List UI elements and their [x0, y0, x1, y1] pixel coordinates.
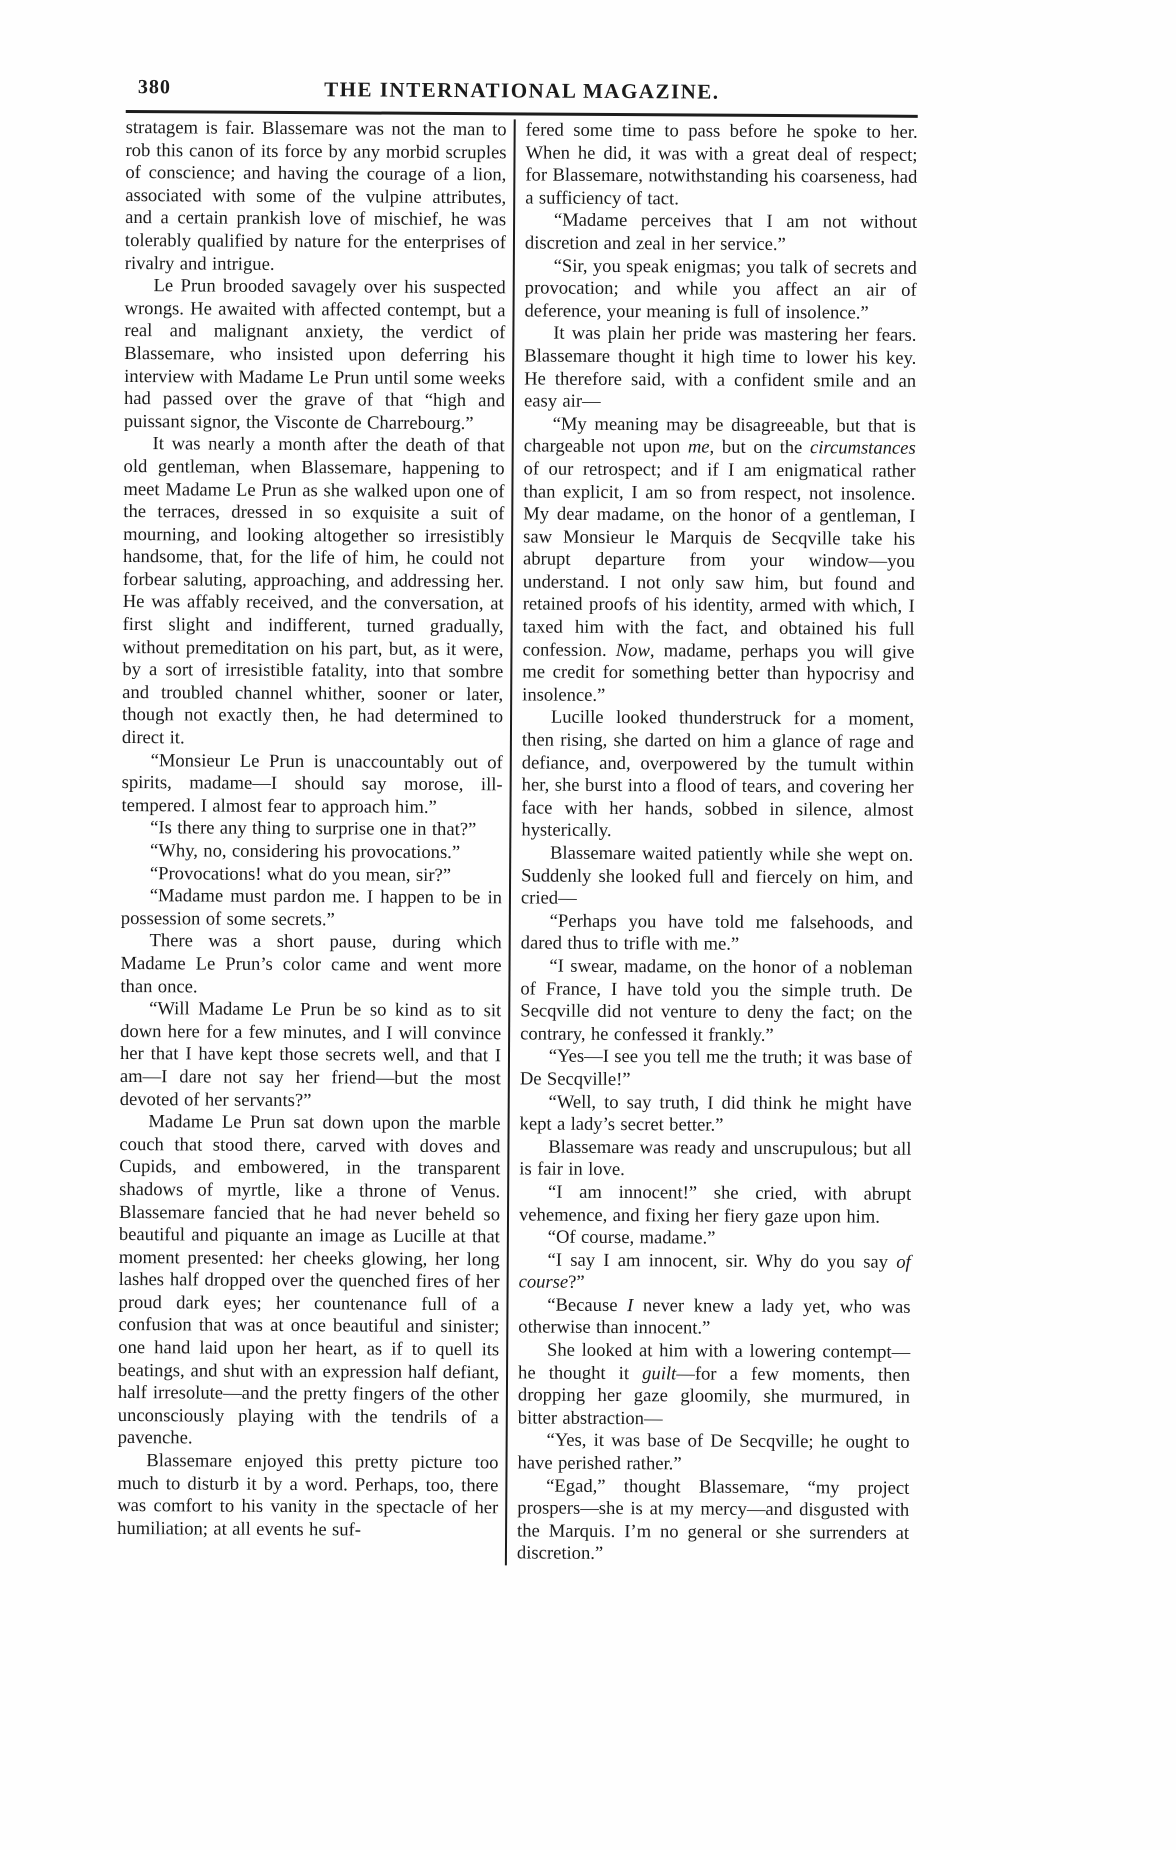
text-segment: “I swear, madame, on the honor of a nobl…: [520, 956, 913, 1046]
paragraph: “I am innocent!” she cried, with abrupt …: [519, 1181, 911, 1229]
italic-text-segment: circumstances: [810, 437, 916, 459]
paragraph: “Why, no, considering his provocations.”: [121, 840, 502, 865]
text-segment: “Yes, it was base of De Secqville; he ou…: [517, 1430, 909, 1474]
paragraph: “Sir, you speak enigmas; you talk of sec…: [524, 255, 916, 325]
paragraph: “I say I am innocent, sir. Why do you sa…: [519, 1249, 911, 1297]
text-segment: There was a short pause, during which Ma…: [120, 931, 501, 997]
paragraph: “Provocations! what do you mean, sir?”: [121, 863, 502, 888]
magazine-page-scan: 380 THE INTERNATIONAL MAGAZINE. stratage…: [0, 0, 1176, 1850]
text-segment: Blassemare was ready and unscrupulous; b…: [519, 1136, 911, 1180]
paragraph: “Perhaps you have told me falsehoods, an…: [521, 910, 913, 958]
paragraph: stratagem is fair. Blassemare was not th…: [125, 117, 507, 277]
paragraph: Blassemare enjoyed this pretty picture t…: [117, 1450, 499, 1543]
text-columns: stratagem is fair. Blassemare was not th…: [117, 117, 918, 1568]
paragraph: Lucille looked thunderstruck for a momen…: [521, 707, 914, 845]
italic-text-segment: Now: [616, 640, 650, 661]
page-header: 380 THE INTERNATIONAL MAGAZINE.: [126, 72, 918, 115]
text-segment: “Will Madame Le Prun be so kind as to si…: [120, 998, 502, 1110]
text-segment: “Well, to say truth, I did think he migh…: [520, 1091, 912, 1136]
text-segment: “Egad,” thought Blassemare, “my project …: [517, 1475, 910, 1564]
paragraph: “My meaning may be disagreeable, but tha…: [522, 413, 916, 709]
paragraph: Blassemare waited patiently while she we…: [521, 842, 913, 912]
paragraph: “Monsieur Le Prun is unaccountably out o…: [121, 750, 502, 820]
text-segment: “Yes—I see you tell me the truth; it was…: [520, 1046, 912, 1090]
text-segment: “Madame must pardon me. I happen to be i…: [121, 885, 502, 930]
text-segment: “Monsieur Le Prun is unaccountably out o…: [121, 750, 502, 818]
paragraph: “Will Madame Le Prun be so kind as to si…: [120, 998, 502, 1113]
text-segment: Blassemare waited patiently while she we…: [521, 843, 913, 909]
paragraph: “Of course, madame.”: [519, 1227, 911, 1252]
paragraph: Madame Le Prun sat down upon the marble …: [118, 1111, 501, 1452]
text-segment: “Provocations! what do you mean, sir?”: [150, 863, 451, 886]
paragraph: It was plain her pride was mastering her…: [524, 323, 917, 416]
paragraph: “Because I never knew a lady yet, who wa…: [518, 1294, 910, 1342]
paragraph: “Yes—I see you tell me the truth; it was…: [520, 1046, 912, 1094]
paragraph: “Is there any thing to surprise one in t…: [121, 817, 502, 842]
text-segment: “Madame perceives that I am not without …: [525, 210, 917, 255]
column-right: fered some time to pass before he spoke …: [507, 119, 918, 1567]
italic-text-segment: guilt: [642, 1363, 676, 1384]
text-segment: of our retrospect; and if I am enigmatic…: [522, 458, 915, 660]
page-content: 380 THE INTERNATIONAL MAGAZINE. stratage…: [117, 72, 918, 1568]
text-segment: Madame Le Prun sat down upon the marble …: [118, 1111, 501, 1449]
text-segment: “Is there any thing to surprise one in t…: [150, 818, 476, 841]
text-segment: “Why, no, considering his provocations.”: [150, 840, 460, 863]
paragraph: “Madame must pardon me. I happen to be i…: [121, 885, 502, 933]
magazine-title: THE INTERNATIONAL MAGAZINE.: [126, 76, 918, 106]
text-segment: fered some time to pass before he spoke …: [525, 119, 918, 209]
text-segment: “Sir, you speak enigmas; you talk of sec…: [524, 255, 916, 323]
paragraph: “Well, to say truth, I did think he migh…: [520, 1091, 912, 1139]
text-segment: stratagem is fair. Blassemare was not th…: [125, 117, 507, 274]
italic-text-segment: me: [688, 437, 710, 458]
paragraph: Blassemare was ready and unscrupulous; b…: [519, 1136, 911, 1184]
text-segment: It was plain her pride was mastering her…: [524, 323, 917, 412]
text-segment: , but on the: [710, 437, 811, 459]
text-segment: It was nearly a month after the death of…: [122, 433, 505, 748]
paragraph: “Madame perceives that I am not without …: [525, 210, 917, 258]
text-segment: “Because: [547, 1294, 627, 1315]
text-segment: “I am innocent!” she cried, with abrupt …: [519, 1182, 911, 1228]
column-left: stratagem is fair. Blassemare was not th…: [117, 117, 514, 1565]
paragraph: She looked at him with a lowering contem…: [518, 1339, 911, 1432]
text-segment: Lucille looked thunderstruck for a momen…: [521, 707, 914, 841]
paragraph: It was nearly a month after the death of…: [122, 433, 505, 752]
text-segment: “Of course, madame.”: [548, 1227, 716, 1249]
paragraph: Le Prun brooded savagely over his suspec…: [124, 275, 506, 435]
paragraph: “I swear, madame, on the honor of a nobl…: [520, 955, 913, 1048]
paragraph: fered some time to pass before he spoke …: [525, 119, 918, 212]
paragraph: There was a short pause, during which Ma…: [120, 930, 501, 1000]
paragraph: “Egad,” thought Blassemare, “my project …: [517, 1475, 910, 1568]
text-segment: “I say I am innocent, sir. Why do you sa…: [548, 1249, 897, 1272]
text-segment: “Perhaps you have told me falsehoods, an…: [521, 910, 913, 955]
paragraph: “Yes, it was base of De Secqville; he ou…: [517, 1430, 909, 1478]
text-segment: ?”: [568, 1272, 585, 1293]
text-segment: Le Prun brooded savagely over his suspec…: [124, 275, 506, 434]
text-segment: Blassemare enjoyed this pretty picture t…: [117, 1450, 499, 1540]
